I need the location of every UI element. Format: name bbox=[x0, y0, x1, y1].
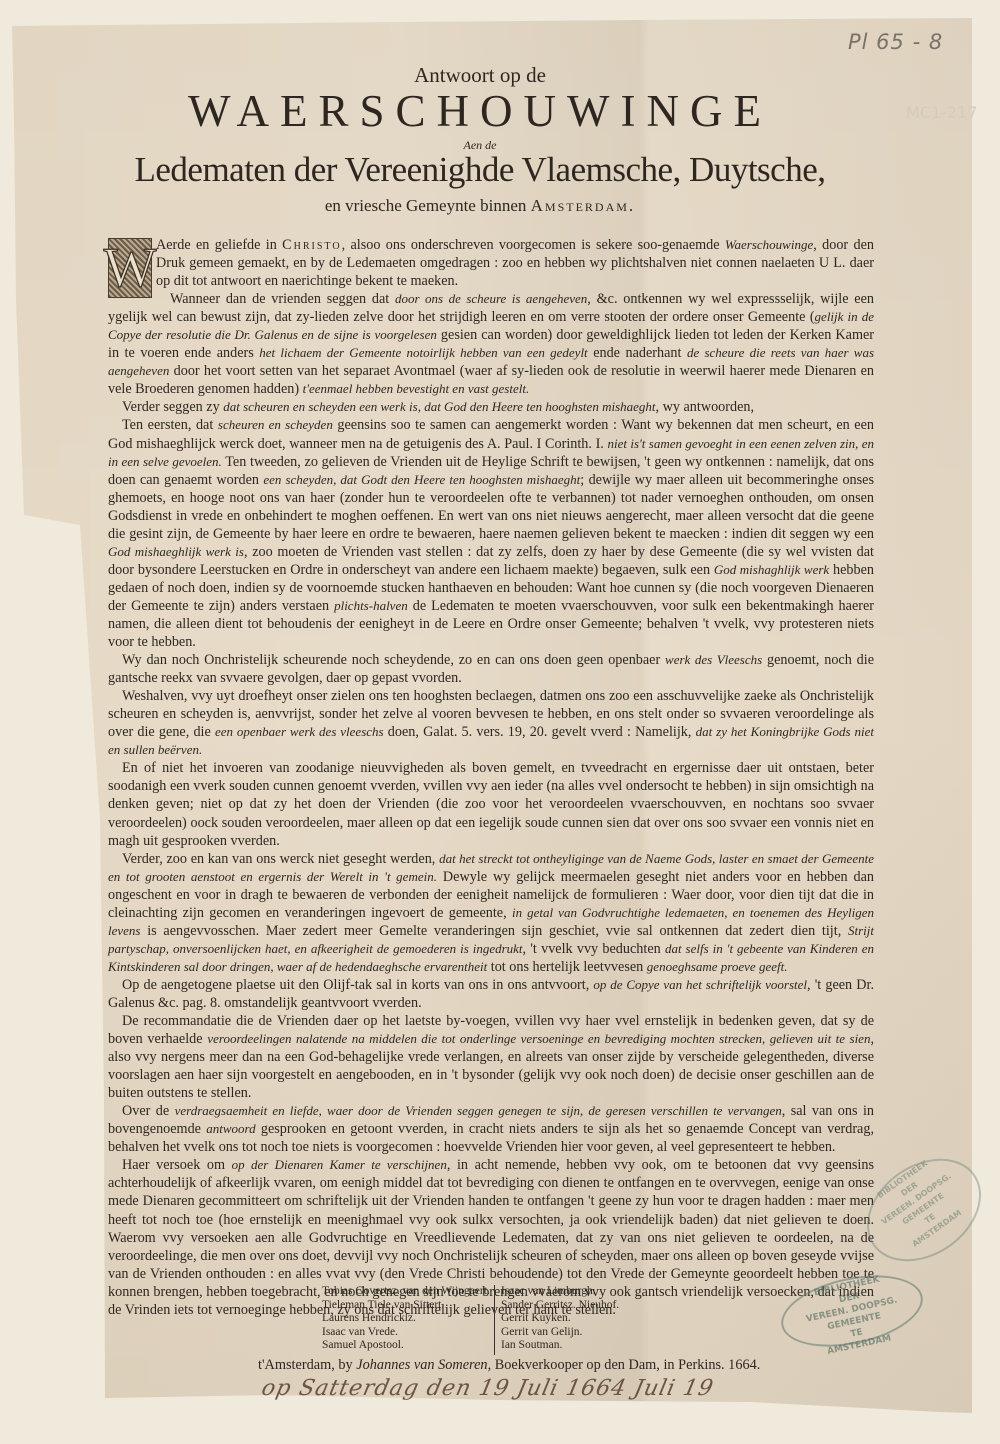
italic-segment: op der Dienaren Kamer te verschijnen bbox=[232, 1157, 447, 1172]
italic-segment: plichts-halven bbox=[334, 598, 408, 613]
text-segment: Op de aengetogene plaetse uit den Olijf-… bbox=[122, 977, 593, 993]
title-line-5-prefix: en vriesche Gemeynte binnen bbox=[325, 196, 531, 215]
signatory-name: Gerrit Kuyken. bbox=[501, 1312, 671, 1326]
text-segment: Verder, zoo en kan van ons werck niet ge… bbox=[122, 851, 439, 867]
imprint-prefix: t'Amsterdam, by bbox=[258, 1357, 356, 1373]
paragraph: En of niet het invoeren van zoodanige ni… bbox=[108, 759, 874, 849]
paragraph: De recommandatie die de Vrienden daer op… bbox=[108, 1012, 874, 1102]
paragraph: Wy dan noch Onchristelijk scheurende noc… bbox=[108, 651, 874, 687]
signatories-right: Isaac van Limburgh.Sander Gerritsz. Nieu… bbox=[494, 1285, 671, 1355]
signatory-name: Isaac van Limburgh. bbox=[501, 1285, 671, 1299]
text-segment: tot ons hertelijk leetvvesen bbox=[487, 959, 647, 975]
italic-segment: genoeghsame proeve geeft. bbox=[647, 959, 788, 974]
text-segment: Aerde en geliefde in bbox=[156, 237, 282, 253]
paragraph: Aerde en geliefde in Christo, alsoo ons … bbox=[108, 236, 874, 290]
signatory-name: Ian Soutman. bbox=[501, 1339, 671, 1353]
italic-segment: antwoord bbox=[206, 1121, 255, 1136]
catalog-mark: Pl 65 - 8 bbox=[848, 30, 943, 54]
paragraph: Ten eersten, dat scheuren en scheyden ge… bbox=[108, 416, 874, 651]
italic-segment: het lichaem der Gemeente notoirlijk hebb… bbox=[259, 345, 587, 360]
signatories-left: Tobias Govertsz. van den Wijngaert.Tiele… bbox=[322, 1285, 494, 1355]
imprint-printer: Johannes van Someren, bbox=[356, 1357, 491, 1373]
text-segment: Wanneer dan de vrienden seggen dat bbox=[170, 291, 395, 307]
text-segment: ende naderhant bbox=[588, 345, 687, 361]
text-segment: Haer versoek om bbox=[122, 1157, 232, 1173]
signatory-name: Samuel Apostool. bbox=[322, 1339, 494, 1353]
italic-segment: verdraegsaemheit en liefde, waer door de… bbox=[175, 1103, 782, 1118]
signatory-name: Laurens Hendrickſz. bbox=[322, 1312, 494, 1326]
text-segment: Over de bbox=[122, 1103, 175, 1119]
italic-segment: een openbaer werk des vleeschs bbox=[215, 724, 384, 739]
text-segment: Verder seggen zy bbox=[122, 399, 223, 415]
italic-segment: God mishaghlijk werk bbox=[714, 562, 829, 577]
imprint-suffix: Boekverkooper op den Dam, in Perkins. 16… bbox=[491, 1357, 760, 1373]
title-line-5: en vriesche Gemeynte binnen Amsterdam. bbox=[0, 196, 960, 216]
title-main: WAERSCHOUWINGE bbox=[0, 85, 960, 137]
paragraph: Verder, zoo en kan van ons werck niet ge… bbox=[108, 850, 874, 976]
text-segment: , alsoo ons onderschreven voorgecomen is… bbox=[342, 237, 725, 253]
signatory-name: Gerrit van Gelijn. bbox=[501, 1326, 671, 1340]
handwritten-date-note: op Satterdag den 19 Juli 1664 Juli 19 bbox=[259, 1376, 716, 1401]
italic-segment: God mishaeghlijk werk is bbox=[108, 544, 244, 559]
signatories: Tobias Govertsz. van den Wijngaert.Tiele… bbox=[322, 1285, 682, 1355]
signatory-name: Isaac van Vrede. bbox=[322, 1326, 494, 1340]
imprint: t'Amsterdam, by Johannes van Someren, Bo… bbox=[258, 1357, 760, 1374]
title-line-4: Ledematen der Vereenighde Vlaemsche, Duy… bbox=[0, 150, 960, 190]
text-segment: Christo bbox=[282, 237, 341, 253]
text-segment: En of niet het invoeren van zoodanige ni… bbox=[108, 760, 874, 848]
italic-segment: een scheyden, dat Godt den Heere ten hoo… bbox=[263, 472, 580, 487]
italic-segment: door ons de scheure is aengeheven bbox=[395, 291, 587, 306]
decorated-initial-icon: W bbox=[108, 238, 152, 298]
paragraph: Wanneer dan de vrienden seggen dat door … bbox=[108, 290, 874, 398]
italic-segment: op de Copye van het schriftelijk voorste… bbox=[593, 977, 807, 992]
italic-segment: veroordeelingen nalatende na middelen di… bbox=[207, 1031, 870, 1046]
text-segment: Wy dan noch Onchristelijk scheurende noc… bbox=[122, 652, 665, 668]
paragraph: Weshalven, vvy uyt droefheyt onser ziele… bbox=[108, 687, 874, 759]
italic-segment: t'eenmael hebben bevestight en vast gest… bbox=[303, 381, 530, 396]
text-segment: doen, Galat. 5. vers. 19, 20. gevelt vve… bbox=[384, 724, 696, 740]
text-segment: is aengevvosschen. Maer zedert meer Geme… bbox=[140, 923, 848, 939]
italic-segment: dat scheuren en scheyden een werk is, da… bbox=[223, 399, 655, 414]
signatory-name: Sander Gerritsz. Nieuhof. bbox=[501, 1299, 671, 1313]
text-segment: , 't vvelk vvy beduchten bbox=[523, 941, 665, 957]
paragraph: Over de verdraegsaemheit en liefde, waer… bbox=[108, 1102, 874, 1156]
paragraph: Verder seggen zy dat scheuren en scheyde… bbox=[108, 398, 874, 416]
italic-segment: scheuren en scheyden bbox=[218, 417, 333, 432]
body-text: W Aerde en geliefde in Christo, alsoo on… bbox=[108, 236, 874, 1319]
title-city: Amsterdam. bbox=[531, 196, 636, 215]
signatory-name: Tobias Govertsz. van den Wijngaert. bbox=[322, 1285, 494, 1299]
paragraph: Op de aengetogene plaetse uit den Olijf-… bbox=[108, 976, 874, 1012]
italic-segment: Waerschouwinge bbox=[725, 237, 813, 252]
signatory-name: Tieleman Tiele van Sittert. bbox=[322, 1299, 494, 1313]
text-segment: Ten eersten, dat bbox=[122, 417, 218, 433]
italic-segment: werk des Vleeschs bbox=[665, 652, 762, 667]
text-segment: , wy antwoorden, bbox=[656, 399, 755, 415]
